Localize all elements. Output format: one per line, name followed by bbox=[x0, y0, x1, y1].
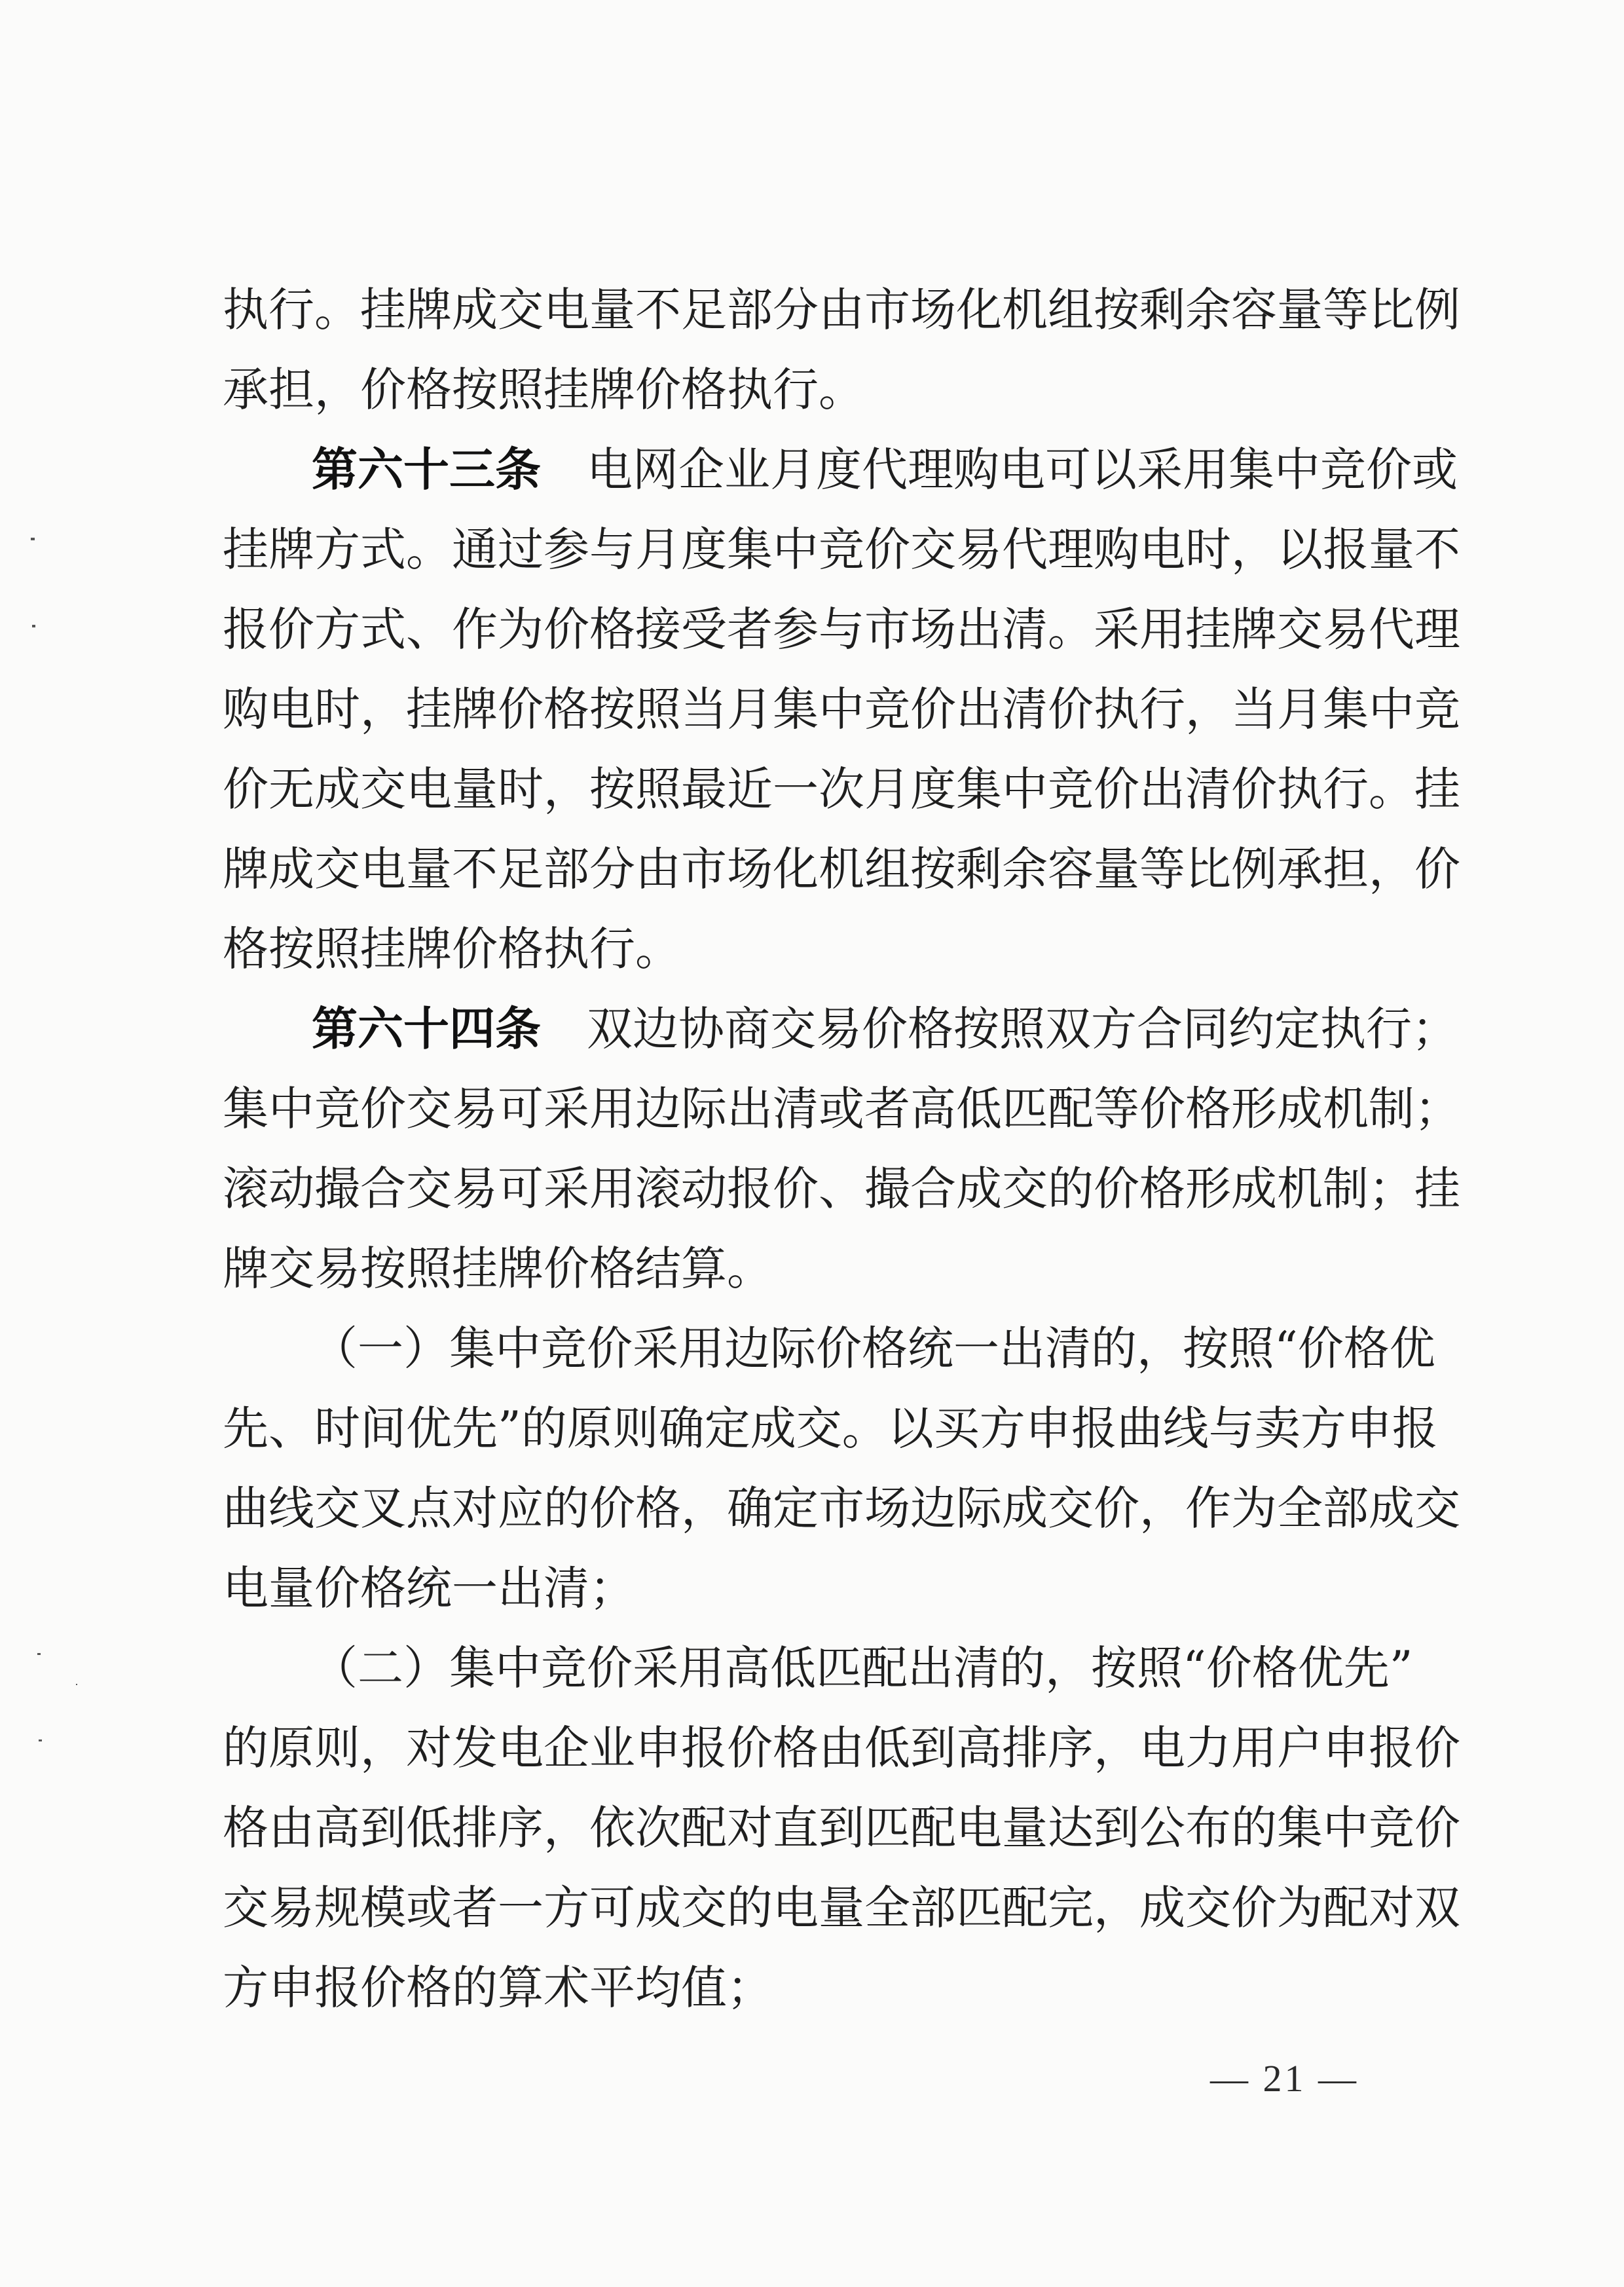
text-line: 滚动撮合交易可采用滚动报价、撮合成交的价格形成机制；挂 bbox=[223, 1149, 1403, 1229]
binding-mark bbox=[31, 538, 35, 540]
text-line: 牌成交电量不足部分由市场化机组按剩余容量等比例承担，价 bbox=[223, 829, 1403, 909]
binding-mark bbox=[32, 625, 35, 627]
text-line: 集中竞价交易可采用边际出清或者高低匹配等价格形成机制； bbox=[223, 1069, 1403, 1149]
text-line: 格由高到低排序，依次配对直到匹配电量达到公布的集中竞价 bbox=[223, 1788, 1403, 1868]
page-number: — 21 — bbox=[1210, 2056, 1359, 2100]
text-line: 购电时，挂牌价格按照当月集中竞价出清价执行，当月集中竞 bbox=[223, 669, 1403, 749]
body-text: 执行。挂牌成交电量不足部分由市场化机组按剩余容量等比例 承担，价格按照挂牌价格执… bbox=[223, 270, 1403, 2028]
article-text: 双边协商交易价格按照双方合同约定执行； bbox=[587, 1002, 1458, 1056]
article-64-heading-line: 第六十四条 双边协商交易价格按照双方合同约定执行； bbox=[223, 989, 1403, 1069]
text-line: 交易规模或者一方可成交的电量全部匹配完，成交价为配对双 bbox=[223, 1868, 1403, 1948]
binding-mark bbox=[39, 1739, 42, 1741]
text-line: 牌交易按照挂牌价格结算。 bbox=[223, 1229, 1403, 1309]
text-line: 执行。挂牌成交电量不足部分由市场化机组按剩余容量等比例 bbox=[223, 270, 1403, 350]
article-number: 第六十三条 bbox=[312, 442, 541, 496]
document-page: 执行。挂牌成交电量不足部分由市场化机组按剩余容量等比例 承担，价格按照挂牌价格执… bbox=[0, 0, 1624, 2287]
article-number: 第六十四条 bbox=[312, 1001, 541, 1056]
text-line: 报价方式、作为价格接受者参与市场出清。采用挂牌交易代理 bbox=[223, 589, 1403, 669]
text-line: 格按照挂牌价格执行。 bbox=[223, 909, 1403, 989]
text-line: 价无成交电量时，按照最近一次月度集中竞价出清价执行。挂 bbox=[223, 749, 1403, 829]
text-line: 承担，价格按照挂牌价格执行。 bbox=[223, 350, 1403, 430]
text-line: 电量价格统一出清； bbox=[223, 1548, 1403, 1628]
text-line: 的原则，对发电企业申报价格由低到高排序，电力用户申报价 bbox=[223, 1708, 1403, 1788]
text-line: 挂牌方式。通过参与月度集中竞价交易代理购电时，以报量不 bbox=[223, 510, 1403, 589]
text-line: 先、时间优先”的原则确定成交。以买方申报曲线与卖方申报 bbox=[223, 1388, 1403, 1468]
clause-2-line: （二）集中竞价采用高低匹配出清的，按照“价格优先” bbox=[223, 1628, 1403, 1708]
clause-1-line: （一）集中竞价采用边际价格统一出清的，按照“价格优 bbox=[223, 1309, 1403, 1388]
binding-mark bbox=[37, 1653, 41, 1655]
article-text: 电网企业月度代理购电可以采用集中竞价或 bbox=[587, 443, 1458, 496]
article-63-heading-line: 第六十三条 电网企业月度代理购电可以采用集中竞价或 bbox=[223, 430, 1403, 510]
text-line: 方申报价格的算术平均值； bbox=[223, 1948, 1403, 2028]
binding-mark bbox=[76, 1684, 77, 1685]
text-line: 曲线交叉点对应的价格，确定市场边际成交价，作为全部成交 bbox=[223, 1468, 1403, 1548]
